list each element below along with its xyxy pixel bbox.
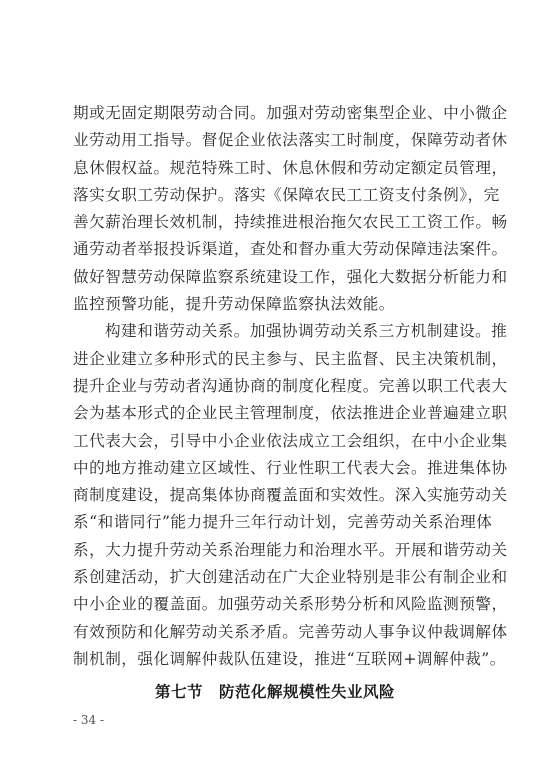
text-line: 做好智慧劳动保障监察系统建设工作，强化大数据分析能力和 [73, 264, 487, 291]
text-line: 善欠薪治理长效机制，持续推进根治拖欠农民工工资工作。畅 [73, 209, 487, 236]
text-line: 进企业建立多种形式的民主参与、民主监督、民主决策机制， [73, 346, 487, 373]
text-line: 提升企业与劳动者沟通协商的制度化程度。完善以职工代表大 [73, 373, 487, 400]
text-line: 业劳动用工指导。督促企业依法落实工时制度，保障劳动者休 [73, 127, 487, 154]
text-line: 通劳动者举报投诉渠道，查处和督办重大劳动保障违法案件。 [73, 236, 487, 263]
text-line: 有效预防和化解劳动关系矛盾。完善劳动人事争议仲裁调解体 [73, 619, 487, 646]
text-line: 监控预警功能，提升劳动保障监察执法效能。 [73, 291, 487, 318]
text-line: 制机制，强化调解仲裁队伍建设，推进“互联网+调解仲裁”。 [73, 646, 487, 673]
text-line: 期或无固定期限劳动合同。加强对劳动密集型企业、中小微企 [73, 100, 487, 127]
text-line: 系，大力提升劳动关系治理能力和治理水平。开展和谐劳动关 [73, 537, 487, 564]
page-number: - 34 - [73, 713, 104, 727]
text-line: 落实女职工劳动保护。落实《保障农民工工资支付条例》，完 [73, 182, 487, 209]
text-line: 系创建活动，扩大创建活动在广大企业特别是非公有制企业和 [73, 564, 487, 591]
text-line: 息休假权益。规范特殊工时、休息休假和劳动定额定员管理， [73, 155, 487, 182]
text-line: 中的地方推动建立区域性、行业性职工代表大会。推进集体协 [73, 455, 487, 482]
text-line: 中小企业的覆盖面。加强劳动关系形势分析和风险监测预警， [73, 591, 487, 618]
text-line: 商制度建设，提高集体协商覆盖面和实效性。深入实施劳动关 [73, 482, 487, 509]
text-line: 工代表大会，引导中小企业依法成立工会组织，在中小企业集 [73, 428, 487, 455]
text-line: 系“和谐同行”能力提升三年行动计划，完善劳动关系治理体 [73, 509, 487, 536]
paragraph-first-line: 构建和谐劳动关系。加强协调劳动关系三方机制建设。推 [73, 318, 487, 345]
text-line: 会为基本形式的企业民主管理制度，依法推进企业普遍建立职 [73, 400, 487, 427]
document-page: 期或无固定期限劳动合同。加强对劳动密集型企业、中小微企 业劳动用工指导。督促企业… [0, 0, 550, 777]
body-text: 期或无固定期限劳动合同。加强对劳动密集型企业、中小微企 业劳动用工指导。督促企业… [73, 100, 487, 673]
section-heading: 第七节 防范化解规模性失业风险 [0, 680, 550, 702]
